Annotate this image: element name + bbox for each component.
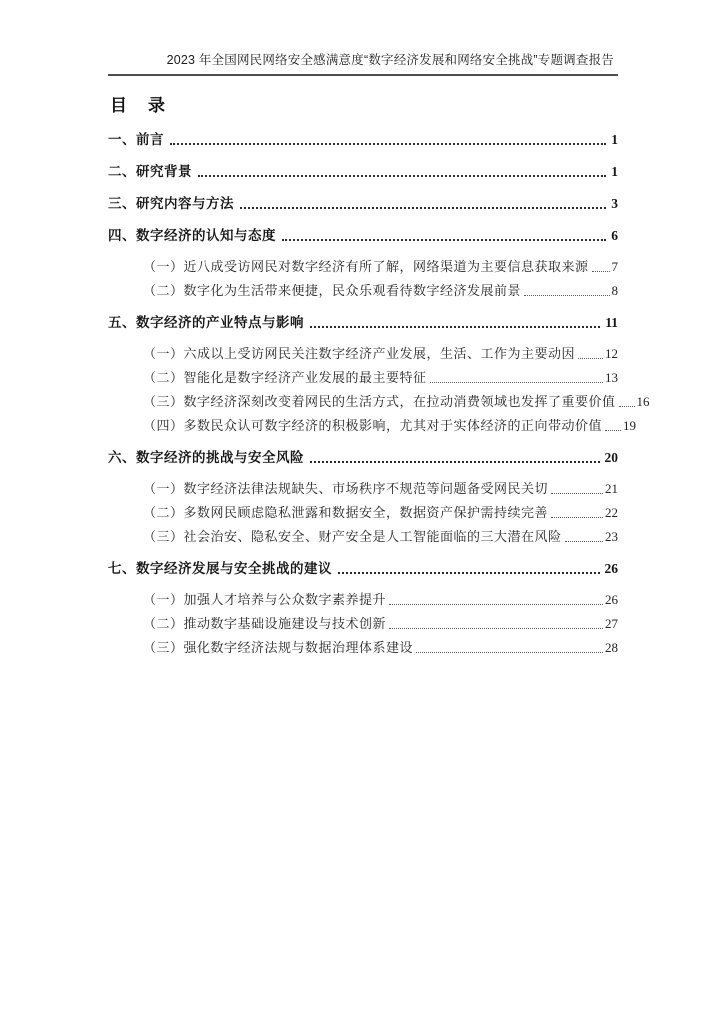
toc-entry-label: （一）六成以上受访网民关注数字经济产业发展，生活、工作为主要动因 [143, 345, 575, 362]
toc-entry[interactable]: （一）六成以上受访网民关注数字经济产业发展，生活、工作为主要动因12 [108, 345, 618, 362]
dot-leader [565, 541, 603, 542]
toc-entry-label: 二、研究背景 [108, 163, 192, 180]
toc-entry-page: 28 [605, 639, 618, 656]
toc-entry-label: 六、数字经济的挑战与安全风险 [108, 449, 304, 466]
toc-entry[interactable]: （一）数字经济法律法规缺失、市场秩序不规范等问题备受网民关切21 [108, 480, 618, 497]
dot-leader [592, 271, 610, 272]
dot-leader [282, 239, 606, 241]
toc-entry[interactable]: （二）数字化为生活带来便捷，民众乐观看待数字经济发展前景8 [108, 282, 618, 299]
dot-leader [240, 207, 606, 209]
toc-entry-page: 23 [605, 528, 618, 545]
dot-leader [524, 295, 609, 296]
toc-entry-page: 1 [611, 131, 618, 148]
toc-entry-page: 22 [605, 504, 618, 521]
toc-entry-page: 12 [605, 345, 618, 362]
toc-entry-page: 8 [612, 282, 619, 299]
dot-leader [338, 572, 600, 574]
toc-entry-page: 21 [605, 480, 618, 497]
toc-entry-label: 一、前言 [108, 131, 164, 148]
dot-leader [170, 143, 606, 145]
toc-entry[interactable]: （二）多数网民顾虑隐私泄露和数据安全，数据资产保护需持续完善22 [108, 504, 618, 521]
toc-entry-label: （三）强化数字经济法规与数据治理体系建设 [143, 639, 413, 656]
toc-entry-page: 16 [637, 393, 650, 410]
toc-entry-page: 7 [612, 258, 619, 275]
dot-leader [605, 430, 621, 431]
toc-list: 一、前言1二、研究背景1三、研究内容与方法3四、数字经济的认知与态度6（一）近八… [108, 131, 618, 656]
toc-entry[interactable]: 七、数字经济发展与安全挑战的建议26 [108, 560, 618, 577]
page-header: 2023 年全国网民网络安全感满意度“数字经济发展和网络安全挑战”专题调查报告 [108, 52, 618, 76]
toc-entry-page: 26 [605, 591, 618, 608]
toc-entry-page: 19 [623, 417, 636, 434]
toc-entry[interactable]: （二）推动数字基础设施建设与技术创新27 [108, 615, 618, 632]
toc-title: 目 录 [110, 96, 618, 116]
toc-entry[interactable]: 五、数字经济的产业特点与影响11 [108, 314, 618, 331]
dot-leader [619, 406, 635, 407]
dot-leader [310, 461, 600, 463]
toc-entry-label: （一）数字经济法律法规缺失、市场秩序不规范等问题备受网民关切 [143, 480, 548, 497]
toc-entry-page: 13 [605, 369, 618, 386]
toc-entry-page: 20 [605, 449, 619, 466]
dot-leader [578, 358, 603, 359]
toc-entry[interactable]: 六、数字经济的挑战与安全风险20 [108, 449, 618, 466]
toc-entry-page: 27 [605, 615, 618, 632]
document-page: 2023 年全国网民网络安全感满意度“数字经济发展和网络安全挑战”专题调查报告 … [0, 0, 724, 1024]
toc-entry-label: （三）数字经济深刻改变着网民的生活方式，在拉动消费领域也发挥了重要价值 [143, 393, 616, 410]
header-title: 2023 年全国网民网络安全感满意度“数字经济发展和网络安全挑战”专题调查报告 [108, 52, 618, 68]
toc-entry-label: 三、研究内容与方法 [108, 195, 234, 212]
toc-entry-label: 五、数字经济的产业特点与影响 [108, 314, 304, 331]
toc-entry[interactable]: 一、前言1 [108, 131, 618, 148]
toc-entry-label: （三）社会治安、隐私安全、财产安全是人工智能面临的三大潜在风险 [143, 528, 562, 545]
dot-leader [416, 652, 603, 653]
dot-leader [389, 628, 603, 629]
toc-entry-label: （二）数字化为生活带来便捷，民众乐观看待数字经济发展前景 [143, 282, 521, 299]
toc-entry-label: （一）加强人才培养与公众数字素养提升 [143, 591, 386, 608]
toc-entry-label: （四）多数民众认可数字经济的积极影响，尤其对于实体经济的正向带动价值 [143, 417, 602, 434]
toc-entry-page: 3 [611, 195, 618, 212]
toc-entry[interactable]: （一）近八成受访网民对数字经济有所了解，网络渠道为主要信息获取来源7 [108, 258, 618, 275]
toc-entry-label: （二）智能化是数字经济产业发展的最主要特征 [143, 369, 427, 386]
dot-leader [310, 326, 600, 328]
toc-entry[interactable]: 二、研究背景1 [108, 163, 618, 180]
toc-entry-label: （一）近八成受访网民对数字经济有所了解，网络渠道为主要信息获取来源 [143, 258, 589, 275]
toc-entry-label: （二）推动数字基础设施建设与技术创新 [143, 615, 386, 632]
toc-entry-label: （二）多数网民顾虑隐私泄露和数据安全，数据资产保护需持续完善 [143, 504, 548, 521]
toc-entry[interactable]: （一）加强人才培养与公众数字素养提升26 [108, 591, 618, 608]
toc-entry-label: 七、数字经济发展与安全挑战的建议 [108, 560, 332, 577]
toc-entry[interactable]: （三）社会治安、隐私安全、财产安全是人工智能面临的三大潜在风险23 [108, 528, 618, 545]
toc-entry[interactable]: 三、研究内容与方法3 [108, 195, 618, 212]
dot-leader [551, 517, 603, 518]
toc-entry[interactable]: （三）数字经济深刻改变着网民的生活方式，在拉动消费领域也发挥了重要价值16 [108, 393, 618, 410]
toc-entry-page: 1 [611, 163, 618, 180]
toc-entry-page: 26 [605, 560, 619, 577]
toc-entry-label: 四、数字经济的认知与态度 [108, 227, 276, 244]
dot-leader [389, 604, 603, 605]
dot-leader [198, 175, 606, 177]
toc-entry[interactable]: 四、数字经济的认知与态度6 [108, 227, 618, 244]
dot-leader [551, 493, 603, 494]
toc-entry-page: 11 [605, 314, 618, 331]
toc-entry[interactable]: （四）多数民众认可数字经济的积极影响，尤其对于实体经济的正向带动价值19 [108, 417, 618, 434]
dot-leader [430, 382, 603, 383]
toc-entry[interactable]: （二）智能化是数字经济产业发展的最主要特征13 [108, 369, 618, 386]
toc-entry-page: 6 [611, 227, 618, 244]
header-rule [108, 74, 618, 76]
toc-entry[interactable]: （三）强化数字经济法规与数据治理体系建设28 [108, 639, 618, 656]
